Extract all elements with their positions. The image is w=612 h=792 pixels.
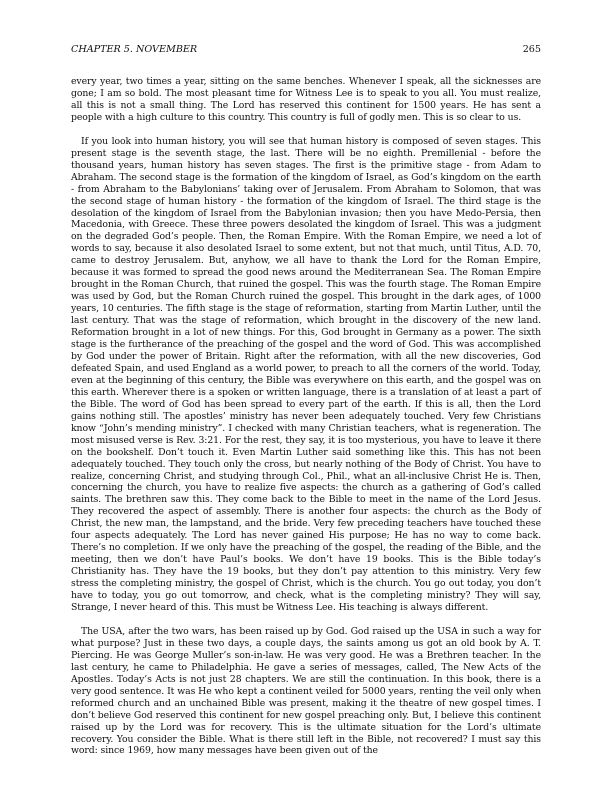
paragraph-human-history: If you look into human history, you will… [71,136,541,614]
body-text: every year, two times a year, sitting on… [71,76,541,757]
document-page: CHAPTER 5. NOVEMBER 265 every year, two … [71,44,541,757]
running-header: CHAPTER 5. NOVEMBER 265 [71,44,541,56]
paragraph-continued: every year, two times a year, sitting on… [71,76,541,124]
chapter-title: CHAPTER 5. NOVEMBER [71,44,197,56]
paragraph-usa: The USA, after the two wars, has been ra… [71,626,541,757]
page-number: 265 [523,44,541,56]
